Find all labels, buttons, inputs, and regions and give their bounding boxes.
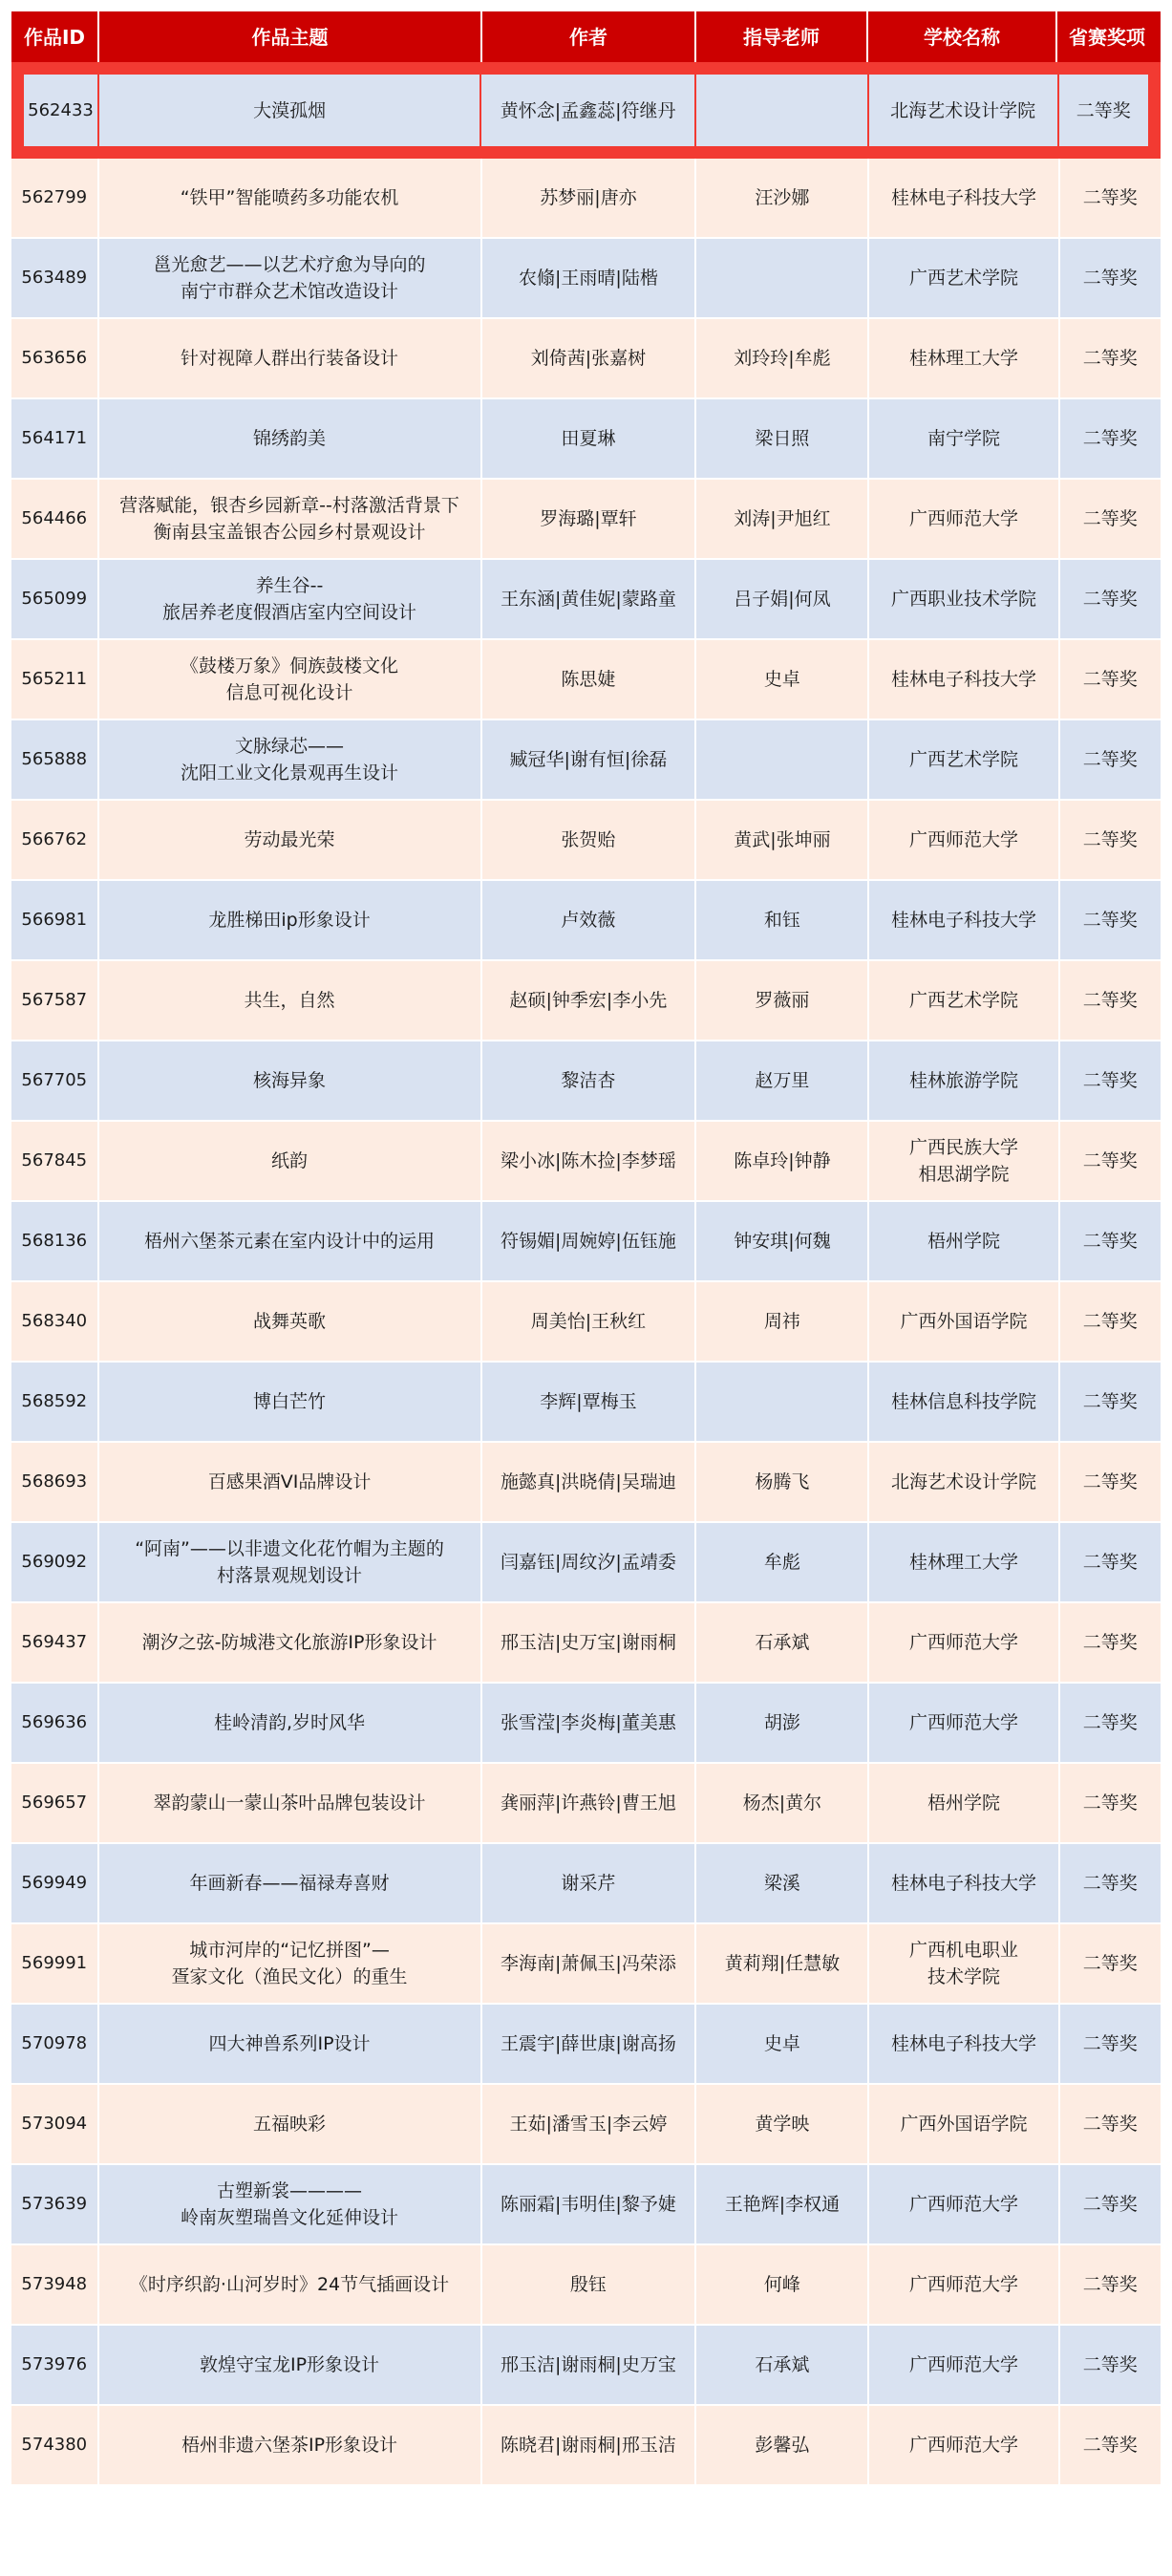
cell-award: 二等奖 [1060, 399, 1161, 478]
cell-authors: 张雪滢|李炎梅|董美惠 [482, 1684, 695, 1762]
cell-school: 桂林理工大学 [869, 1523, 1057, 1601]
cell-authors: 陈思婕 [482, 640, 695, 719]
cell-teacher: 吕子娟|何凤 [696, 560, 867, 638]
cell-authors: 苏梦丽|唐亦 [482, 159, 695, 237]
cell-teacher: 石承斌 [696, 1603, 867, 1682]
cell-teacher: 陈卓玲|钟静 [696, 1122, 867, 1200]
cell-school: 广西艺术学院 [869, 239, 1057, 317]
table-row: 568340战舞英歌周美怡|王秋红周祎广西外国语学院二等奖 [11, 1282, 1161, 1361]
cell-school: 广西师范大学 [869, 1603, 1057, 1682]
cell-theme: “阿南”——以非遗文化花竹帽为主题的 村落景观规划设计 [99, 1523, 480, 1601]
cell-theme: 锦绣韵美 [99, 399, 480, 478]
table-row: 563656针对视障人群出行装备设计刘倚茜|张嘉树刘玲玲|牟彪桂林理工大学二等奖 [11, 319, 1161, 397]
cell-award: 二等奖 [1060, 1443, 1161, 1521]
table-row: 569092“阿南”——以非遗文化花竹帽为主题的 村落景观规划设计闫嘉钰|周纹汐… [11, 1523, 1161, 1601]
header-authors: 作者 [480, 11, 694, 62]
cell-school: 广西民族大学 相思湖学院 [869, 1122, 1057, 1200]
cell-id: 562433 [24, 75, 97, 146]
table-row: 565888文脉绿芯—— 沈阳工业文化景观再生设计臧冠华|谢有恒|徐磊广西艺术学… [11, 720, 1161, 799]
table-row-highlighted: 562433 大漠孤烟 黄怀念|孟鑫蕊|符继丹 北海艺术设计学院 二等奖 [24, 75, 1148, 146]
cell-authors: 农翛|王雨晴|陆楷 [482, 239, 695, 317]
cell-school: 广西外国语学院 [869, 1282, 1057, 1361]
cell-theme: 劳动最光荣 [99, 801, 480, 879]
cell-award: 二等奖 [1060, 2326, 1161, 2404]
cell-authors: 符锡媚|周婉婷|伍钰施 [482, 1202, 695, 1280]
cell-school: 广西师范大学 [869, 2326, 1057, 2404]
table-row: 565099养生谷-- 旅居养老度假酒店室内空间设计王东涵|黄佳妮|蒙路童吕子娟… [11, 560, 1161, 638]
cell-teacher: 汪沙娜 [696, 159, 867, 237]
cell-award: 二等奖 [1060, 801, 1161, 879]
cell-authors: 黄怀念|孟鑫蕊|符继丹 [481, 75, 694, 146]
cell-theme: 核海异象 [99, 1041, 480, 1120]
cell-theme: 《鼓楼万象》侗族鼓楼文化 信息可视化设计 [99, 640, 480, 719]
cell-award: 二等奖 [1060, 1764, 1161, 1842]
cell-id: 568136 [11, 1202, 97, 1280]
table-row: 566762劳动最光荣张贺贻黄武|张坤丽广西师范大学二等奖 [11, 801, 1161, 879]
cell-school: 桂林电子科技大学 [869, 881, 1057, 959]
cell-teacher [696, 1363, 867, 1441]
cell-id: 569949 [11, 1844, 97, 1922]
cell-school: 广西师范大学 [869, 480, 1057, 558]
cell-authors: 施懿真|洪晓倩|吴瑞迪 [482, 1443, 695, 1521]
cell-teacher: 刘涛|尹旭红 [696, 480, 867, 558]
cell-authors: 谢采芹 [482, 1844, 695, 1922]
table-row: 570978四大神兽系列IP设计王震宇|薛世康|谢高扬史卓桂林电子科技大学二等奖 [11, 2005, 1161, 2083]
cell-school: 梧州学院 [869, 1764, 1057, 1842]
table-row: 564171锦绣韵美田夏琳梁日照南宁学院二等奖 [11, 399, 1161, 478]
cell-school: 广西艺术学院 [869, 720, 1057, 799]
table-row: 569437潮汐之弦-防城港文化旅游IP形象设计邢玉洁|史万宝|谢雨桐石承斌广西… [11, 1603, 1161, 1682]
cell-authors: 陈晓君|谢雨桐|邢玉洁 [482, 2406, 695, 2484]
table-header: 作品ID 作品主题 作者 指导老师 学校名称 省赛奖项 [11, 11, 1161, 62]
cell-authors: 陈丽霜|韦明佳|黎予婕 [482, 2165, 695, 2243]
cell-authors: 邢玉洁|史万宝|谢雨桐 [482, 1603, 695, 1682]
cell-teacher: 刘玲玲|牟彪 [696, 319, 867, 397]
cell-theme: 龙胜梯田ip形象设计 [99, 881, 480, 959]
cell-school: 广西师范大学 [869, 2165, 1057, 2243]
table-row: 569949年画新春——福禄寿喜财谢采芹梁溪桂林电子科技大学二等奖 [11, 1844, 1161, 1922]
cell-authors: 刘倚茜|张嘉树 [482, 319, 695, 397]
cell-teacher: 梁溪 [696, 1844, 867, 1922]
cell-id: 569092 [11, 1523, 97, 1601]
cell-theme: 营落赋能，银杏乡园新章--村落激活背景下 衡南县宝盖银杏公园乡村景观设计 [99, 480, 480, 558]
header-id: 作品ID [11, 11, 97, 62]
cell-authors: 赵硕|钟季宏|李小先 [482, 961, 695, 1040]
cell-award: 二等奖 [1060, 1684, 1161, 1762]
cell-id: 573639 [11, 2165, 97, 2243]
cell-teacher: 胡澎 [696, 1684, 867, 1762]
table-row: 567845纸韵梁小冰|陈木捡|李梦瑶陈卓玲|钟静广西民族大学 相思湖学院二等奖 [11, 1122, 1161, 1200]
cell-id: 569657 [11, 1764, 97, 1842]
cell-id: 565099 [11, 560, 97, 638]
cell-school: 桂林电子科技大学 [869, 159, 1057, 237]
cell-award: 二等奖 [1060, 881, 1161, 959]
cell-school: 桂林电子科技大学 [869, 640, 1057, 719]
cell-id: 566762 [11, 801, 97, 879]
cell-id: 564171 [11, 399, 97, 478]
cell-theme: 邕光愈艺——以艺术疗愈为导向的 南宁市群众艺术馆改造设计 [99, 239, 480, 317]
cell-theme: 针对视障人群出行装备设计 [99, 319, 480, 397]
cell-award: 二等奖 [1060, 319, 1161, 397]
cell-authors: 殷钰 [482, 2245, 695, 2324]
cell-theme: 年画新春——福禄寿喜财 [99, 1844, 480, 1922]
cell-teacher: 赵万里 [696, 1041, 867, 1120]
cell-authors: 张贺贻 [482, 801, 695, 879]
cell-school: 广西师范大学 [869, 801, 1057, 879]
cell-teacher: 钟安琪|何魏 [696, 1202, 867, 1280]
cell-theme: 梧州六堡茶元素在室内设计中的运用 [99, 1202, 480, 1280]
cell-teacher: 何峰 [696, 2245, 867, 2324]
cell-id: 568340 [11, 1282, 97, 1361]
table-body: 562799“铁甲”智能喷药多功能农机苏梦丽|唐亦汪沙娜桂林电子科技大学二等奖5… [11, 159, 1161, 2484]
cell-award: 二等奖 [1060, 2245, 1161, 2324]
cell-award: 二等奖 [1060, 2165, 1161, 2243]
cell-authors: 黎洁杏 [482, 1041, 695, 1120]
cell-theme: 城市河岸的“记忆拼图”— 疍家文化（渔民文化）的重生 [99, 1924, 480, 2003]
cell-id: 574380 [11, 2406, 97, 2484]
cell-authors: 田夏琳 [482, 399, 695, 478]
cell-id: 569991 [11, 1924, 97, 2003]
cell-school: 梧州学院 [869, 1202, 1057, 1280]
header-school: 学校名称 [866, 11, 1055, 62]
table-row: 569636桂岭清韵,岁时风华张雪滢|李炎梅|董美惠胡澎广西师范大学二等奖 [11, 1684, 1161, 1762]
cell-award: 二等奖 [1060, 1363, 1161, 1441]
cell-school: 桂林理工大学 [869, 319, 1057, 397]
cell-theme: 四大神兽系列IP设计 [99, 2005, 480, 2083]
cell-authors: 李辉|覃梅玉 [482, 1363, 695, 1441]
cell-award: 二等奖 [1060, 1282, 1161, 1361]
cell-authors: 龚丽萍|许燕铃|曹王旭 [482, 1764, 695, 1842]
cell-theme: 大漠孤烟 [99, 75, 479, 146]
cell-school: 广西师范大学 [869, 2245, 1057, 2324]
header-award: 省赛奖项 [1055, 11, 1157, 62]
cell-theme: 博白芒竹 [99, 1363, 480, 1441]
cell-award: 二等奖 [1060, 1523, 1161, 1601]
cell-award: 二等奖 [1060, 2085, 1161, 2163]
cell-award: 二等奖 [1060, 2406, 1161, 2484]
cell-theme: 敦煌守宝龙IP形象设计 [99, 2326, 480, 2404]
cell-id: 568592 [11, 1363, 97, 1441]
cell-award: 二等奖 [1060, 239, 1161, 317]
cell-authors: 梁小冰|陈木捡|李梦瑶 [482, 1122, 695, 1200]
header-teacher: 指导老师 [694, 11, 866, 62]
cell-teacher: 杨杰|黄尔 [696, 1764, 867, 1842]
cell-award: 二等奖 [1060, 640, 1161, 719]
cell-id: 570978 [11, 2005, 97, 2083]
cell-teacher [696, 720, 867, 799]
table-row: 564466营落赋能，银杏乡园新章--村落激活背景下 衡南县宝盖银杏公园乡村景观… [11, 480, 1161, 558]
cell-theme: 翠韵蒙山一蒙山茶叶品牌包装设计 [99, 1764, 480, 1842]
awards-table: 作品ID 作品主题 作者 指导老师 学校名称 省赛奖项 562433 大漠孤烟 … [11, 11, 1161, 2484]
cell-award: 二等奖 [1060, 1924, 1161, 2003]
cell-id: 565211 [11, 640, 97, 719]
cell-id: 566981 [11, 881, 97, 959]
cell-teacher: 和钰 [696, 881, 867, 959]
cell-school: 桂林信息科技学院 [869, 1363, 1057, 1441]
cell-id: 565888 [11, 720, 97, 799]
cell-id: 564466 [11, 480, 97, 558]
cell-school: 广西职业技术学院 [869, 560, 1057, 638]
cell-authors: 李海南|萧佩玉|冯荣添 [482, 1924, 695, 2003]
cell-id: 567587 [11, 961, 97, 1040]
cell-authors: 臧冠华|谢有恒|徐磊 [482, 720, 695, 799]
cell-school: 南宁学院 [869, 399, 1057, 478]
table-row: 573976敦煌守宝龙IP形象设计邢玉洁|谢雨桐|史万宝石承斌广西师范大学二等奖 [11, 2326, 1161, 2404]
cell-award: 二等奖 [1060, 1202, 1161, 1280]
cell-teacher: 王艳辉|李权通 [696, 2165, 867, 2243]
cell-teacher: 黄武|张坤丽 [696, 801, 867, 879]
cell-teacher [696, 75, 867, 146]
cell-teacher: 黄莉翔|任慧敏 [696, 1924, 867, 2003]
cell-id: 563489 [11, 239, 97, 317]
cell-authors: 王茹|潘雪玉|李云婷 [482, 2085, 695, 2163]
cell-id: 567705 [11, 1041, 97, 1120]
cell-theme: 文脉绿芯—— 沈阳工业文化景观再生设计 [99, 720, 480, 799]
table-row: 573948《时序织韵·山河岁时》24节气插画设计殷钰何峰广西师范大学二等奖 [11, 2245, 1161, 2324]
table-row: 573639古塑新裳———— 岭南灰塑瑞兽文化延伸设计陈丽霜|韦明佳|黎予婕王艳… [11, 2165, 1161, 2243]
cell-theme: 战舞英歌 [99, 1282, 480, 1361]
cell-authors: 周美怡|王秋红 [482, 1282, 695, 1361]
cell-teacher: 黄学映 [696, 2085, 867, 2163]
cell-school: 桂林旅游学院 [869, 1041, 1057, 1120]
cell-award: 二等奖 [1060, 1844, 1161, 1922]
table-row: 567705核海异象黎洁杏赵万里桂林旅游学院二等奖 [11, 1041, 1161, 1120]
table-row: 566981龙胜梯田ip形象设计卢效薇和钰桂林电子科技大学二等奖 [11, 881, 1161, 959]
cell-theme: “铁甲”智能喷药多功能农机 [99, 159, 480, 237]
cell-authors: 王东涵|黄佳妮|蒙路童 [482, 560, 695, 638]
cell-authors: 王震宇|薛世康|谢高扬 [482, 2005, 695, 2083]
cell-teacher: 罗薇丽 [696, 961, 867, 1040]
cell-school: 桂林电子科技大学 [869, 1844, 1057, 1922]
cell-teacher [696, 239, 867, 317]
cell-school: 广西师范大学 [869, 2406, 1057, 2484]
cell-award: 二等奖 [1059, 75, 1148, 146]
cell-id: 568693 [11, 1443, 97, 1521]
cell-theme: 《时序织韵·山河岁时》24节气插画设计 [99, 2245, 480, 2324]
highlighted-row-frame: 562433 大漠孤烟 黄怀念|孟鑫蕊|符继丹 北海艺术设计学院 二等奖 [11, 62, 1161, 159]
cell-theme: 古塑新裳———— 岭南灰塑瑞兽文化延伸设计 [99, 2165, 480, 2243]
cell-school: 广西艺术学院 [869, 961, 1057, 1040]
table-row: 567587共生，自然赵硕|钟季宏|李小先罗薇丽广西艺术学院二等奖 [11, 961, 1161, 1040]
cell-id: 569636 [11, 1684, 97, 1762]
cell-teacher: 周祎 [696, 1282, 867, 1361]
cell-award: 二等奖 [1060, 560, 1161, 638]
table-row: 565211《鼓楼万象》侗族鼓楼文化 信息可视化设计陈思婕史卓桂林电子科技大学二… [11, 640, 1161, 719]
cell-authors: 邢玉洁|谢雨桐|史万宝 [482, 2326, 695, 2404]
cell-id: 573094 [11, 2085, 97, 2163]
cell-school: 北海艺术设计学院 [869, 75, 1057, 146]
cell-id: 563656 [11, 319, 97, 397]
header-theme: 作品主题 [97, 11, 480, 62]
cell-school: 广西师范大学 [869, 1684, 1057, 1762]
cell-theme: 梧州非遗六堡茶IP形象设计 [99, 2406, 480, 2484]
cell-school: 广西外国语学院 [869, 2085, 1057, 2163]
cell-id: 573976 [11, 2326, 97, 2404]
cell-teacher: 史卓 [696, 640, 867, 719]
cell-theme: 五福映彩 [99, 2085, 480, 2163]
cell-award: 二等奖 [1060, 1041, 1161, 1120]
cell-authors: 罗海璐|覃轩 [482, 480, 695, 558]
cell-id: 569437 [11, 1603, 97, 1682]
table-row: 569657翠韵蒙山一蒙山茶叶品牌包装设计龚丽萍|许燕铃|曹王旭杨杰|黄尔梧州学… [11, 1764, 1161, 1842]
cell-award: 二等奖 [1060, 2005, 1161, 2083]
table-row: 568136梧州六堡茶元素在室内设计中的运用符锡媚|周婉婷|伍钰施钟安琪|何魏梧… [11, 1202, 1161, 1280]
cell-school: 北海艺术设计学院 [869, 1443, 1057, 1521]
cell-teacher: 彭馨弘 [696, 2406, 867, 2484]
table-row: 573094五福映彩王茹|潘雪玉|李云婷黄学映广西外国语学院二等奖 [11, 2085, 1161, 2163]
cell-theme: 桂岭清韵,岁时风华 [99, 1684, 480, 1762]
table-row: 569991城市河岸的“记忆拼图”— 疍家文化（渔民文化）的重生李海南|萧佩玉|… [11, 1924, 1161, 2003]
cell-school: 广西机电职业 技术学院 [869, 1924, 1057, 2003]
cell-id: 567845 [11, 1122, 97, 1200]
cell-award: 二等奖 [1060, 720, 1161, 799]
cell-authors: 卢效薇 [482, 881, 695, 959]
table-row: 568693百感果酒VI品牌设计施懿真|洪晓倩|吴瑞迪杨腾飞北海艺术设计学院二等… [11, 1443, 1161, 1521]
table-row: 563489邕光愈艺——以艺术疗愈为导向的 南宁市群众艺术馆改造设计农翛|王雨晴… [11, 239, 1161, 317]
cell-teacher: 梁日照 [696, 399, 867, 478]
cell-theme: 百感果酒VI品牌设计 [99, 1443, 480, 1521]
cell-theme: 纸韵 [99, 1122, 480, 1200]
cell-teacher: 史卓 [696, 2005, 867, 2083]
cell-theme: 潮汐之弦-防城港文化旅游IP形象设计 [99, 1603, 480, 1682]
cell-theme: 养生谷-- 旅居养老度假酒店室内空间设计 [99, 560, 480, 638]
table-row: 562799“铁甲”智能喷药多功能农机苏梦丽|唐亦汪沙娜桂林电子科技大学二等奖 [11, 159, 1161, 237]
cell-authors: 闫嘉钰|周纹汐|孟靖委 [482, 1523, 695, 1601]
cell-school: 桂林电子科技大学 [869, 2005, 1057, 2083]
cell-id: 562799 [11, 159, 97, 237]
cell-award: 二等奖 [1060, 961, 1161, 1040]
cell-id: 573948 [11, 2245, 97, 2324]
cell-teacher: 杨腾飞 [696, 1443, 867, 1521]
table-row: 574380梧州非遗六堡茶IP形象设计陈晓君|谢雨桐|邢玉洁彭馨弘广西师范大学二… [11, 2406, 1161, 2484]
cell-award: 二等奖 [1060, 1122, 1161, 1200]
cell-theme: 共生，自然 [99, 961, 480, 1040]
cell-award: 二等奖 [1060, 159, 1161, 237]
cell-teacher: 石承斌 [696, 2326, 867, 2404]
table-row: 568592博白芒竹李辉|覃梅玉桂林信息科技学院二等奖 [11, 1363, 1161, 1441]
cell-award: 二等奖 [1060, 1603, 1161, 1682]
cell-teacher: 牟彪 [696, 1523, 867, 1601]
cell-award: 二等奖 [1060, 480, 1161, 558]
